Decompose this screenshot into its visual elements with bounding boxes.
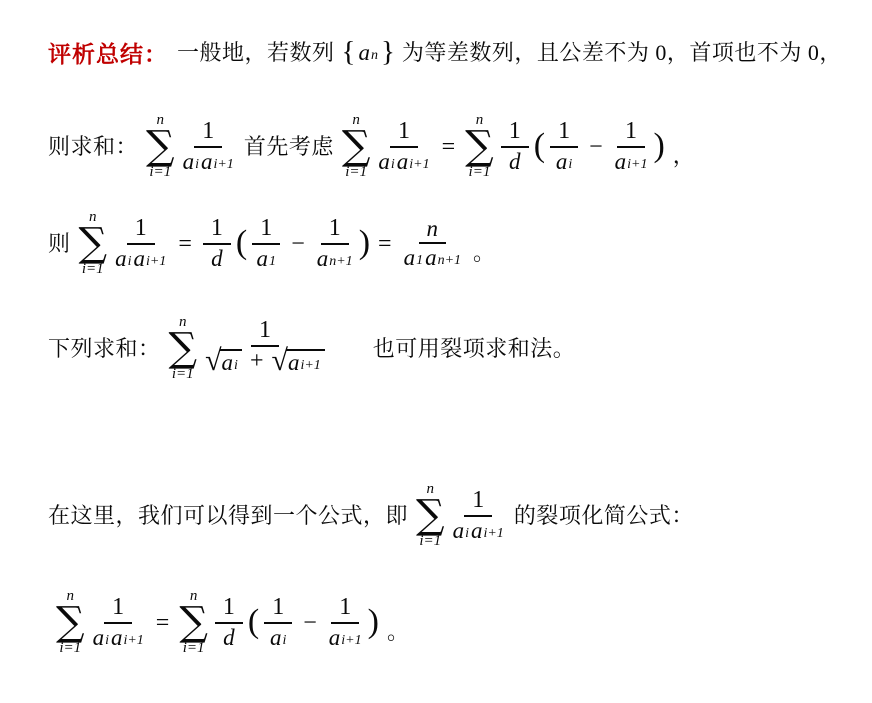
subscripted-variable: ai+1 — [111, 626, 144, 650]
sum-lower-limit: i=1 — [149, 165, 171, 180]
subscripted-variable: ai — [556, 150, 572, 174]
denominator: ai — [555, 148, 573, 174]
number: 1 — [472, 488, 484, 513]
fraction: 1aiai+1 — [182, 119, 235, 173]
numerator: 1 — [194, 119, 222, 147]
subscripted-variable: ai+1 — [397, 150, 430, 174]
sqrt-sum-line: 下列求和：n∑i=11√ai+√ai+1也可用裂项求和法。 — [48, 315, 852, 382]
sum-lower-limit: i=1 — [82, 262, 104, 277]
summation: n∑i=1 — [416, 482, 445, 549]
radicand: ai — [220, 349, 242, 375]
numerator: 1 — [264, 595, 292, 623]
formula: n∑i=11aiai+1=1d(1a1−1an+1)=na1an+1。 — [76, 210, 496, 277]
first-sum-line: 则求和：n∑i=11aiai+1首先考虑n∑i=11aiai+1=n∑i=11d… — [48, 113, 852, 180]
variable: n — [427, 217, 439, 241]
operator: + — [250, 349, 264, 373]
summation: n∑i=1 — [342, 113, 371, 180]
subscripted-variable: ai+1 — [201, 150, 234, 174]
numerator: 1 — [252, 216, 280, 244]
operator: − — [303, 611, 317, 635]
telescoping-result-line: 则n∑i=11aiai+1=1d(1a1−1an+1)=na1an+1。 — [48, 210, 852, 277]
variable: a — [133, 247, 145, 271]
summation: n∑i=1 — [169, 315, 198, 382]
number: 1 — [259, 318, 271, 343]
fraction: 1ai — [264, 595, 292, 649]
subscripted-variable: a1 — [404, 246, 424, 270]
denominator: d — [223, 624, 235, 650]
numerator: 1 — [390, 119, 418, 147]
subscript: n+1 — [438, 254, 461, 278]
subscript: i+1 — [146, 255, 166, 279]
fraction: 1an+1 — [316, 216, 354, 270]
text-run: 的裂项化简公式： — [514, 500, 694, 532]
subscript: n — [371, 48, 378, 74]
summation: n∑i=1 — [79, 210, 108, 277]
sum-lower-limit: i=1 — [172, 367, 194, 382]
denominator: d — [211, 245, 223, 271]
operator: − — [589, 135, 603, 159]
summation: n∑i=1 — [146, 113, 175, 180]
subscript: i+1 — [409, 158, 429, 182]
numerator: 1 — [104, 595, 132, 623]
formula: n∑i=11aiai+1 — [413, 482, 509, 549]
variable: a — [404, 246, 416, 270]
denominator: d — [509, 148, 521, 174]
subscript: i — [195, 158, 199, 182]
fraction: 1ai+1 — [614, 119, 649, 173]
math-row: n∑i=11aiai+1 — [143, 113, 239, 180]
variable: d — [211, 247, 223, 271]
sigma-icon: ∑ — [416, 499, 445, 531]
denominator: an+1 — [316, 245, 354, 271]
fraction: 1d — [501, 119, 529, 173]
document-page: 评析总结：一般地，若数列{an}为等差数列，且公差不为 0，首项也不为 0，则求… — [0, 0, 872, 703]
text-run: 首先考虑 — [244, 131, 334, 163]
variable: a — [425, 246, 437, 270]
number: 1 — [112, 595, 124, 620]
numerator: 1 — [617, 119, 645, 147]
square-root: √ai+1 — [271, 349, 324, 379]
numerator: n — [419, 217, 447, 244]
sum-lower-limit: i=1 — [469, 165, 491, 180]
numerator: 1 — [321, 216, 349, 244]
number: 1 — [398, 119, 410, 144]
fraction: 1ai — [550, 119, 578, 173]
subscript: i — [568, 158, 572, 182]
fraction: 1ai+1 — [328, 595, 363, 649]
subscript: i+1 — [300, 359, 320, 383]
subscripted-variable: ai — [270, 626, 286, 650]
denominator: aiai+1 — [92, 624, 145, 650]
subscript: i — [128, 255, 132, 279]
variable: a — [471, 519, 483, 543]
sigma-icon: ∑ — [465, 130, 494, 162]
final-formula-line: n∑i=11aiai+1=n∑i=11d(1ai−1ai+1)。 — [48, 589, 852, 656]
subscript: i — [283, 634, 287, 658]
sigma-icon: ∑ — [146, 130, 175, 162]
document-body: 评析总结：一般地，若数列{an}为等差数列，且公差不为 0，首项也不为 0，则求… — [48, 36, 852, 656]
subscripted-variable: ai — [378, 150, 394, 174]
operator: = — [442, 135, 456, 159]
operator: ( — [236, 228, 247, 259]
formula: n∑i=11aiai+1 — [143, 113, 239, 180]
number: 1 — [135, 216, 147, 241]
sigma-icon: ∑ — [179, 606, 208, 638]
subscripted-variable: ai+1 — [615, 150, 648, 174]
fraction: 1d — [203, 216, 231, 270]
formula: n∑i=11aiai+1=n∑i=11d(1ai−1ai+1)， — [339, 113, 695, 180]
subscript: 1 — [416, 254, 423, 278]
subscripted-variable: ai+1 — [288, 351, 321, 375]
text-run: 一般地，若数列 — [177, 37, 335, 69]
sigma-icon: ∑ — [79, 227, 108, 259]
fraction: 1aiai+1 — [114, 216, 167, 270]
number: 1 — [329, 216, 341, 241]
text-run: 下列求和： — [48, 333, 161, 365]
fraction: 1aiai+1 — [377, 119, 430, 173]
numerator: 1 — [251, 318, 279, 346]
formula: n∑i=11√ai+√ai+1 — [166, 315, 330, 382]
subscripted-variable: ai+1 — [133, 247, 166, 271]
numerator: 1 — [215, 595, 243, 623]
denominator: √ai+√ai+1 — [204, 347, 326, 379]
variable: a — [556, 150, 568, 174]
text-run: 在这里，我们可以得到一个公式，即 — [48, 500, 408, 532]
denominator: aiai+1 — [377, 148, 430, 174]
sigma-icon: ∑ — [169, 332, 198, 364]
operator: } — [381, 39, 395, 65]
math-row: n∑i=11aiai+1 — [413, 482, 509, 549]
numerator: 1 — [501, 119, 529, 147]
intro-line: 评析总结：一般地，若数列{an}为等差数列，且公差不为 0，首项也不为 0， — [48, 36, 852, 69]
operator: ( — [248, 607, 259, 638]
denominator: ai — [269, 624, 287, 650]
number: 1 — [260, 216, 272, 241]
formula-intro-line: 在这里，我们可以得到一个公式，即n∑i=11aiai+1的裂项化简公式： — [48, 482, 852, 549]
numerator: 1 — [550, 119, 578, 147]
square-root: √ai — [205, 349, 242, 379]
summation: n∑i=1 — [179, 589, 208, 656]
operator: = — [378, 232, 392, 256]
subscripted-variable: ai — [93, 626, 109, 650]
subscript: 1 — [269, 255, 276, 279]
punctuation: 。 — [387, 615, 409, 646]
denominator: aiai+1 — [182, 148, 235, 174]
operator: = — [178, 232, 192, 256]
summation: n∑i=1 — [56, 589, 85, 656]
subscripted-variable: an+1 — [425, 246, 461, 270]
subscript: i — [234, 359, 238, 383]
numerator: 1 — [464, 488, 492, 516]
denominator: aiai+1 — [114, 245, 167, 271]
variable: a — [93, 626, 105, 650]
math-row: n∑i=11aiai+1=n∑i=11d(1ai−1ai+1)。 — [53, 589, 409, 656]
fraction: na1an+1 — [403, 217, 462, 270]
subscripted-variable: an — [358, 40, 378, 66]
variable: a — [270, 626, 282, 650]
math-row: n∑i=11aiai+1=n∑i=11d(1ai−1ai+1)， — [339, 113, 695, 180]
text-run: 则 — [48, 228, 71, 260]
subscript: i — [105, 634, 109, 658]
text-run: 为等差数列，且公差不为 0，首项也不为 0， — [402, 37, 842, 69]
number: 1 — [223, 595, 235, 620]
subscripted-variable: ai+1 — [329, 626, 362, 650]
variable: d — [223, 626, 235, 650]
operator: ) — [368, 607, 379, 638]
number: 1 — [272, 595, 284, 620]
variable: a — [183, 150, 195, 174]
punctuation: 。 — [473, 236, 495, 267]
fraction: 1a1 — [252, 216, 280, 270]
fraction: 1aiai+1 — [452, 488, 505, 542]
variable: a — [288, 351, 300, 375]
denominator: aiai+1 — [452, 517, 505, 543]
operator: − — [291, 232, 305, 256]
numerator: 1 — [127, 216, 155, 244]
variable: a — [358, 40, 370, 66]
variable: a — [329, 626, 341, 650]
subscripted-variable: ai — [453, 519, 469, 543]
variable: a — [222, 351, 234, 375]
subscripted-variable: a1 — [256, 247, 276, 271]
sum-lower-limit: i=1 — [419, 534, 441, 549]
formula: {an} — [340, 39, 397, 65]
number: 1 — [339, 595, 351, 620]
variable: a — [115, 247, 127, 271]
formula: n∑i=11aiai+1=n∑i=11d(1ai−1ai+1)。 — [53, 589, 409, 656]
subscript: i+1 — [213, 158, 233, 182]
math-row: n∑i=11aiai+1=1d(1a1−1an+1)=na1an+1。 — [76, 210, 496, 277]
punctuation: ， — [673, 139, 695, 170]
variable: a — [256, 247, 268, 271]
sigma-icon: ∑ — [56, 606, 85, 638]
radical-icon: √ — [205, 346, 221, 376]
numerator: 1 — [203, 216, 231, 244]
number: 1 — [509, 119, 521, 144]
operator: = — [156, 611, 170, 635]
denominator: a1an+1 — [403, 244, 462, 270]
operator: ( — [534, 131, 545, 162]
radicand: ai+1 — [286, 349, 325, 375]
subscript: i — [391, 158, 395, 182]
numerator: 1 — [331, 595, 359, 623]
number: 1 — [625, 119, 637, 144]
text-run: 也可用裂项求和法。 — [373, 333, 576, 365]
section-label: 评析总结： — [48, 36, 168, 69]
sum-lower-limit: i=1 — [345, 165, 367, 180]
denominator: a1 — [255, 245, 277, 271]
variable: a — [615, 150, 627, 174]
summation: n∑i=1 — [465, 113, 494, 180]
sum-lower-limit: i=1 — [183, 641, 205, 656]
subscript: i+1 — [123, 634, 143, 658]
subscripted-variable: ai — [115, 247, 131, 271]
variable: a — [317, 247, 329, 271]
fraction: 1d — [215, 595, 243, 649]
subscript: i — [465, 527, 469, 551]
sum-lower-limit: i=1 — [59, 641, 81, 656]
variable: a — [111, 626, 123, 650]
denominator: ai+1 — [328, 624, 363, 650]
number: 1 — [211, 216, 223, 241]
text-run: 则求和： — [48, 131, 138, 163]
operator: ) — [653, 131, 664, 162]
subscripted-variable: an+1 — [317, 247, 353, 271]
number: 1 — [558, 119, 570, 144]
fraction: 1√ai+√ai+1 — [204, 318, 326, 378]
variable: a — [201, 150, 213, 174]
radical-icon: √ — [271, 346, 287, 376]
variable: a — [378, 150, 390, 174]
math-row: {an} — [340, 39, 397, 65]
operator: ) — [359, 228, 370, 259]
subscript: i+1 — [483, 527, 503, 551]
operator: { — [342, 39, 356, 65]
denominator: ai+1 — [614, 148, 649, 174]
variable: a — [397, 150, 409, 174]
variable: a — [453, 519, 465, 543]
variable: d — [509, 150, 521, 174]
sigma-icon: ∑ — [342, 130, 371, 162]
subscript: n+1 — [329, 255, 352, 279]
fraction: 1aiai+1 — [92, 595, 145, 649]
subscript: i+1 — [341, 634, 361, 658]
number: 1 — [202, 119, 214, 144]
math-row: n∑i=11√ai+√ai+1 — [166, 315, 330, 382]
subscripted-variable: ai — [183, 150, 199, 174]
subscript: i+1 — [627, 158, 647, 182]
subscripted-variable: ai — [222, 351, 238, 375]
subscripted-variable: ai+1 — [471, 519, 504, 543]
